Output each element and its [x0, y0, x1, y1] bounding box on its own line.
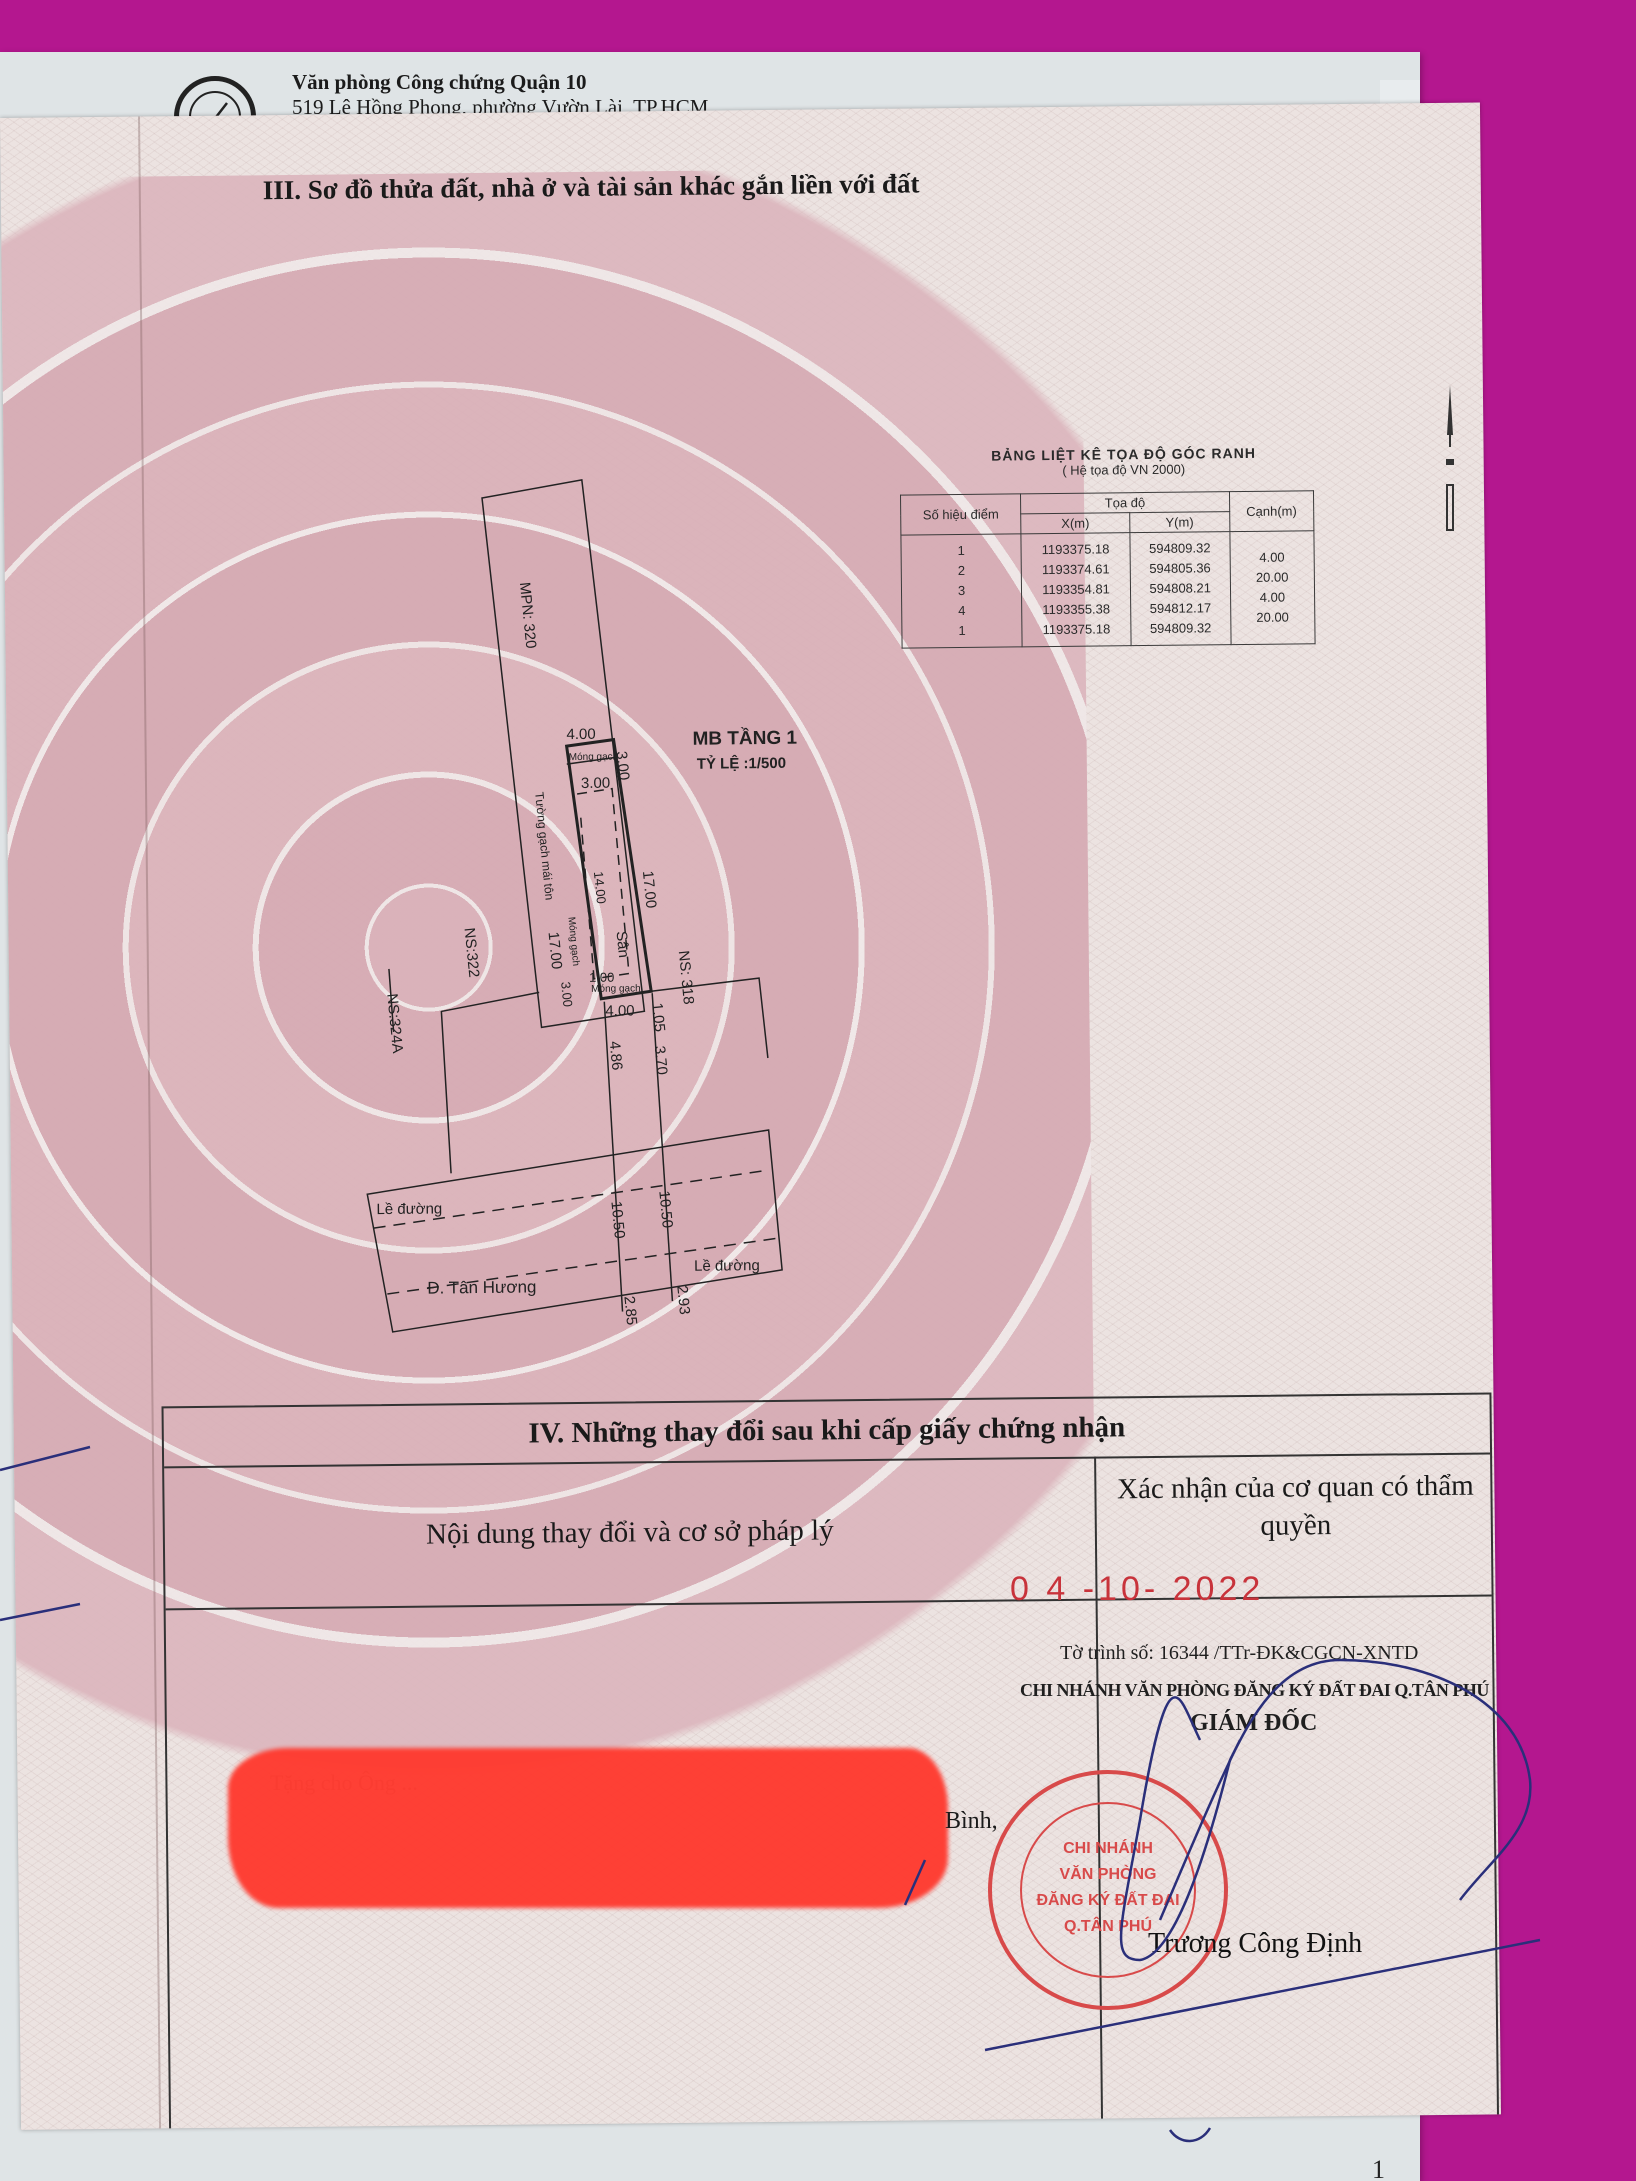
svg-text:17.00: 17.00: [545, 931, 566, 970]
svg-text:10.50: 10.50: [607, 1200, 628, 1239]
date-stamp: 0 4 -10- 2022: [1010, 1570, 1264, 1609]
svg-text:17.00: 17.00: [639, 870, 660, 909]
issuing-office: CHI NHÁNH VĂN PHÒNG ĐĂNG KÝ ĐẤT ĐAI Q.TÂ…: [1020, 1680, 1489, 1701]
svg-text:3.00: 3.00: [581, 775, 610, 792]
svg-text:1.05: 1.05: [648, 1002, 668, 1033]
signer-name: Trương Công Định: [1148, 1928, 1362, 1960]
plan-title: MB TẦNG 1: [692, 728, 797, 751]
svg-text:Móng gạch: Móng gạch: [569, 752, 619, 764]
notary-name: Văn phòng Công chứng Quận 10: [292, 70, 731, 95]
visible-text-fragment: Bình,: [945, 1808, 998, 1835]
svg-text:2.85: 2.85: [620, 1295, 640, 1326]
section-iv-title: IV. Những thay đổi sau khi cấp giấy chứn…: [164, 1394, 1491, 1468]
signer-position: GIÁM ĐỐC: [1190, 1710, 1317, 1737]
col-change-content: Nội dung thay đổi và cơ sở pháp lý: [164, 1457, 1095, 1609]
col-authority-confirmation: Xác nhận của cơ quan có thẩm quyền: [1096, 1466, 1495, 1546]
svg-text:10.50: 10.50: [655, 1190, 676, 1229]
svg-text:NS: 318: NS: 318: [675, 950, 697, 1006]
svg-text:3.00: 3.00: [558, 981, 575, 1008]
svg-text:2.93: 2.93: [673, 1285, 693, 1316]
svg-text:Sân: Sân: [613, 930, 633, 958]
svg-text:4.00: 4.00: [605, 1002, 634, 1019]
svg-text:Móng gạch: Móng gạch: [591, 983, 641, 995]
svg-text:MPN: 320: MPN: 320: [516, 581, 539, 649]
svg-text:NS:322: NS:322: [461, 927, 483, 978]
svg-text:Móng gạch: Móng gạch: [565, 916, 581, 966]
svg-text:Lề đường: Lề đường: [694, 1257, 760, 1275]
svg-text:Lề đường: Lề đường: [376, 1200, 442, 1218]
svg-text:14.00: 14.00: [591, 871, 609, 905]
svg-text:Đ. Tân Hương: Đ. Tân Hương: [427, 1277, 536, 1297]
official-seal-icon: CHI NHÁNH VĂN PHÒNG ĐĂNG KÝ ĐẤT ĐAI Q.TÂ…: [988, 1770, 1228, 2010]
report-number: Tờ trình số: 16344 /TTr-ĐK&CGCN-XNTD: [1060, 1642, 1418, 1665]
svg-text:NS:324A: NS:324A: [383, 993, 406, 1054]
north-arrow-icon: [1440, 385, 1460, 535]
svg-text:1.00: 1.00: [589, 970, 614, 985]
redaction-mark: [228, 1748, 948, 1908]
page-number: 1: [1372, 2155, 1385, 2181]
svg-text:Tường gạch mái tôn: Tường gạch mái tôn: [532, 791, 557, 900]
svg-text:4.86: 4.86: [606, 1040, 626, 1071]
svg-text:3.70: 3.70: [651, 1045, 671, 1076]
plan-scale: TỶ LỆ :1/500: [697, 755, 786, 773]
svg-text:4.00: 4.00: [566, 726, 595, 743]
